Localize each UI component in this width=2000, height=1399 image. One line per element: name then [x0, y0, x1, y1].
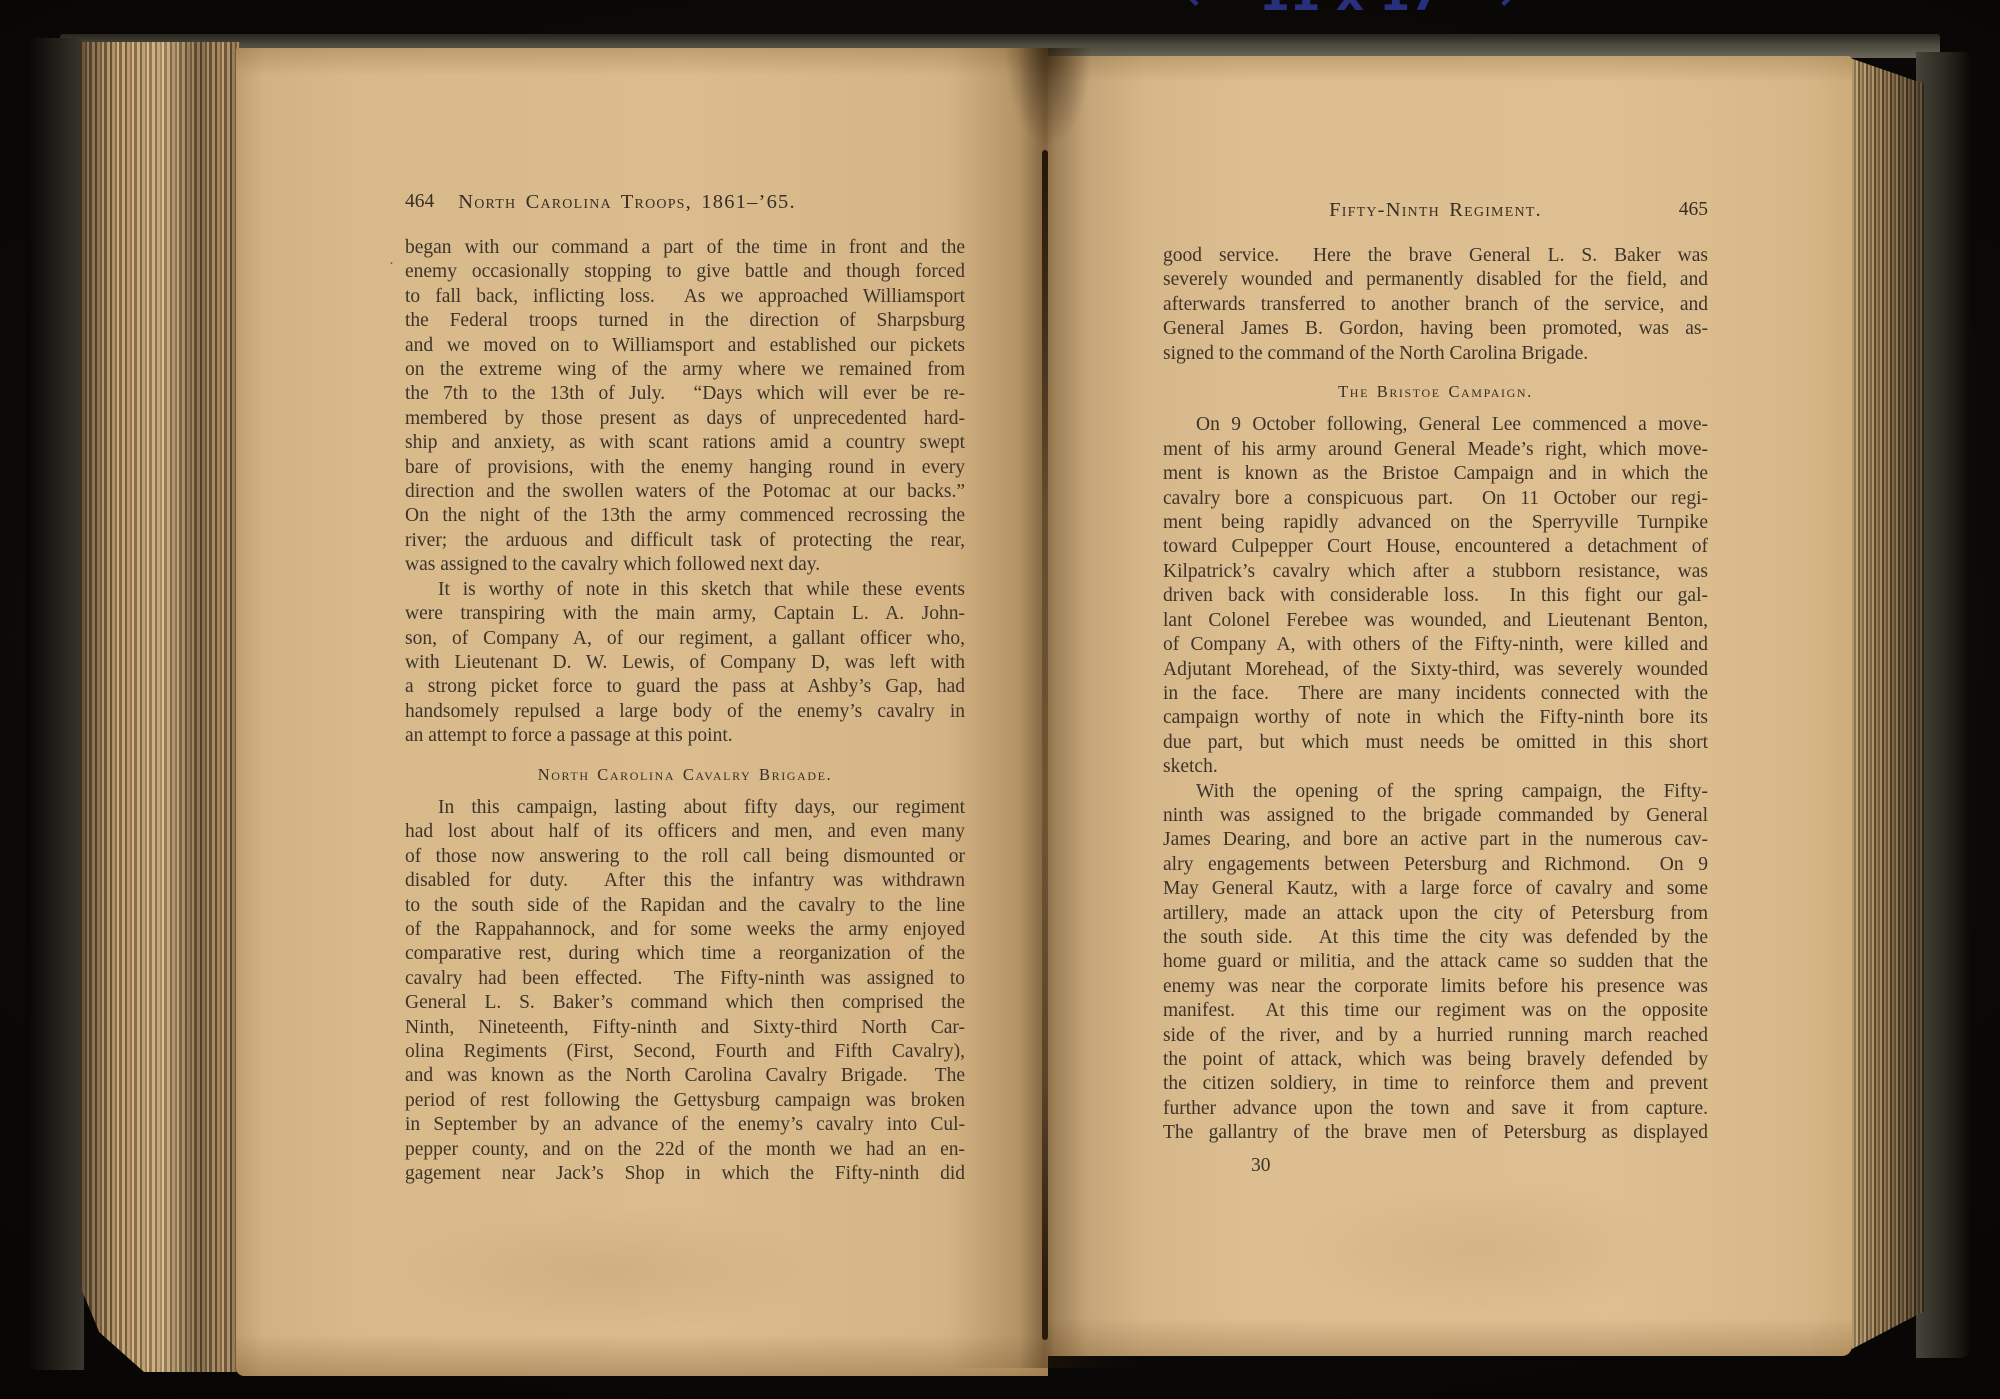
left-running-title: North Carolina Troops, 1861–’65.	[405, 190, 965, 214]
text-line: ment is known as the Bristoe Campaign an…	[1163, 462, 1708, 486]
text-line: period of rest following the Gettysburg …	[405, 1089, 965, 1113]
text-line: On the night of the 13th the army commen…	[405, 504, 965, 528]
text-line: campaign worthy of note in which the Fif…	[1163, 706, 1708, 730]
text-line: Adjutant Morehead, of the Sixty-third, w…	[1163, 658, 1708, 682]
text-line: the Federal troops turned in the directi…	[405, 309, 965, 333]
text-line: alry engagements between Petersburg and …	[1163, 853, 1708, 877]
text-line: the citizen soldiery, in time to reinfor…	[1163, 1072, 1708, 1096]
text-line: disabled for duty. After this the infant…	[405, 869, 965, 893]
paragraph: In this campaign, lasting about fifty da…	[405, 796, 965, 1187]
paragraph: It is worthy of note in this sketch that…	[405, 578, 965, 749]
text-line: ninth was assigned to the brigade comman…	[1163, 804, 1708, 828]
book-scan: ← 11 x 17 → 464 North Carolina Troops, 1…	[0, 0, 2000, 1399]
paragraph: With the opening of the spring campaign,…	[1163, 780, 1708, 1146]
text-line: enemy occasionally stopping to give batt…	[405, 260, 965, 284]
text-line: in September by an advance of the enemy’…	[405, 1113, 965, 1137]
text-line: pepper county, and on the 22d of the mon…	[405, 1138, 965, 1162]
text-line: side of the river, and by a hurried runn…	[1163, 1024, 1708, 1048]
text-line: home guard or militia, and the attack ca…	[1163, 950, 1708, 974]
text-line: Ninth, Nineteenth, Fifty-ninth and Sixty…	[405, 1016, 965, 1040]
text-line: May General Kautz, with a large force of…	[1163, 877, 1708, 901]
text-line: river; the arduous and difficult task of…	[405, 529, 965, 553]
left-page-number: 464	[405, 190, 434, 214]
left-page-body: began with our command a part of the tim…	[405, 236, 965, 1186]
section-heading: North Carolina Cavalry Brigade.	[405, 763, 965, 787]
text-line: due part, but which must needs be omitte…	[1163, 731, 1708, 755]
paragraph: good service. Here the brave General L. …	[1163, 244, 1708, 366]
text-line: handsomely repulsed a large body of the …	[405, 700, 965, 724]
text-line: further advance upon the town and save i…	[1163, 1097, 1708, 1121]
text-line: and was known as the North Carolina Cava…	[405, 1064, 965, 1088]
text-line: olina Regiments (First, Second, Fourth a…	[405, 1040, 965, 1064]
book-cover-right-edge	[1916, 52, 1970, 1358]
binding-crease	[1042, 150, 1048, 1340]
text-line: to the south side of the Rapidan and the…	[405, 894, 965, 918]
section-heading: The Bristoe Campaign.	[1163, 380, 1708, 404]
text-line: with Lieutenant D. W. Lewis, of Company …	[405, 651, 965, 675]
text-line: the 7th to the 13th of July. “Days which…	[405, 382, 965, 406]
text-line: had lost about half of its officers and …	[405, 820, 965, 844]
text-line: General L. S. Baker’s command which then…	[405, 991, 965, 1015]
text-line: on the extreme wing of the army where we…	[405, 358, 965, 382]
text-line: cavalry had been effected. The Fifty-nin…	[405, 967, 965, 991]
text-line: ment being rapidly advanced on the Sperr…	[1163, 511, 1708, 535]
page-edges-right	[1850, 58, 1924, 1350]
text-line: driven back with considerable loss. In t…	[1163, 584, 1708, 608]
left-arrow-icon: ←	[1185, 0, 1222, 18]
text-line: cavalry bore a conspicuous part. On 11 O…	[1163, 487, 1708, 511]
text-line: ment of his army around General Meade’s …	[1163, 438, 1708, 462]
text-line: was assigned to the cavalry which follow…	[405, 553, 965, 577]
text-line: in the face. There are many incidents co…	[1163, 682, 1708, 706]
text-line: and we moved on to Williamsport and esta…	[405, 334, 965, 358]
text-line: enemy was near the corporate limits befo…	[1163, 975, 1708, 999]
book-cover-left-edge	[26, 38, 84, 1370]
text-line: The gallantry of the brave men of Peters…	[1163, 1121, 1708, 1145]
text-line: signed to the command of the North Carol…	[1163, 342, 1708, 366]
page-edges-left	[80, 42, 240, 1372]
right-page-text: Fifty-Ninth Regiment. 465 good service. …	[1163, 198, 1708, 1178]
right-page-number: 465	[1679, 198, 1708, 222]
text-line: the point of attack, which was being bra…	[1163, 1048, 1708, 1072]
text-line: of Company A, with others of the Fifty-n…	[1163, 633, 1708, 657]
text-line: good service. Here the brave General L. …	[1163, 244, 1708, 268]
text-line: lant Colonel Ferebee was wounded, and Li…	[1163, 609, 1708, 633]
right-running-title: Fifty-Ninth Regiment.	[1163, 198, 1708, 222]
text-line: were transpiring with the main army, Cap…	[405, 602, 965, 626]
text-line: a strong picket force to guard the pass …	[405, 675, 965, 699]
text-line: gagement near Jack’s Shop in which the F…	[405, 1162, 965, 1186]
text-line: son, of Company A, of our regiment, a ga…	[405, 627, 965, 651]
right-page-body: good service. Here the brave General L. …	[1163, 244, 1708, 1146]
text-line: began with our command a part of the tim…	[405, 236, 965, 260]
text-line: ship and anxiety, as with scant rations …	[405, 431, 965, 455]
right-arrow-icon: →	[1478, 0, 1515, 18]
left-page-header: 464 North Carolina Troops, 1861–’65.	[405, 190, 965, 220]
text-line: On 9 October following, General Lee comm…	[1163, 413, 1708, 437]
text-line: In this campaign, lasting about fifty da…	[405, 796, 965, 820]
text-line: With the opening of the spring campaign,…	[1163, 780, 1708, 804]
text-line: General James B. Gordon, having been pro…	[1163, 317, 1708, 341]
right-page-header: Fifty-Ninth Regiment. 465	[1163, 198, 1708, 228]
text-line: comparative rest, during which time a re…	[405, 942, 965, 966]
left-page-text: 464 North Carolina Troops, 1861–’65. · b…	[405, 190, 965, 1186]
text-line: manifest. At this time our regiment was …	[1163, 999, 1708, 1023]
text-line: bare of provisions, with the enemy hangi…	[405, 456, 965, 480]
text-line: Kilpatrick’s cavalry which after a stubb…	[1163, 560, 1708, 584]
paragraph: began with our command a part of the tim…	[405, 236, 965, 578]
text-line: direction and the swollen waters of the …	[405, 480, 965, 504]
text-line: of the Rappahannock, and for some weeks …	[405, 918, 965, 942]
signature-mark: 30	[1251, 1154, 1708, 1178]
text-line: the south side. At this time the city wa…	[1163, 926, 1708, 950]
text-line: an attempt to force a passage at this po…	[405, 724, 965, 748]
text-line: toward Culpepper Court House, encountere…	[1163, 535, 1708, 559]
text-line: James Dearing, and bore an active part i…	[1163, 828, 1708, 852]
text-line: sketch.	[1163, 755, 1708, 779]
margin-annotation: ← 11 x 17 →	[1185, 0, 1515, 18]
annotation-label: 11 x 17	[1259, 0, 1440, 18]
text-line: artillery, made an attack upon the city …	[1163, 902, 1708, 926]
margin-mark: ·	[389, 252, 394, 276]
paragraph: On 9 October following, General Lee comm…	[1163, 413, 1708, 779]
text-line: membered by those present as days of unp…	[405, 407, 965, 431]
text-line: afterwards transferred to another branch…	[1163, 293, 1708, 317]
text-line: severely wounded and permanently disable…	[1163, 268, 1708, 292]
text-line: of those now answering to the roll call …	[405, 845, 965, 869]
text-line: to fall back, inflicting loss. As we app…	[405, 285, 965, 309]
text-line: It is worthy of note in this sketch that…	[405, 578, 965, 602]
